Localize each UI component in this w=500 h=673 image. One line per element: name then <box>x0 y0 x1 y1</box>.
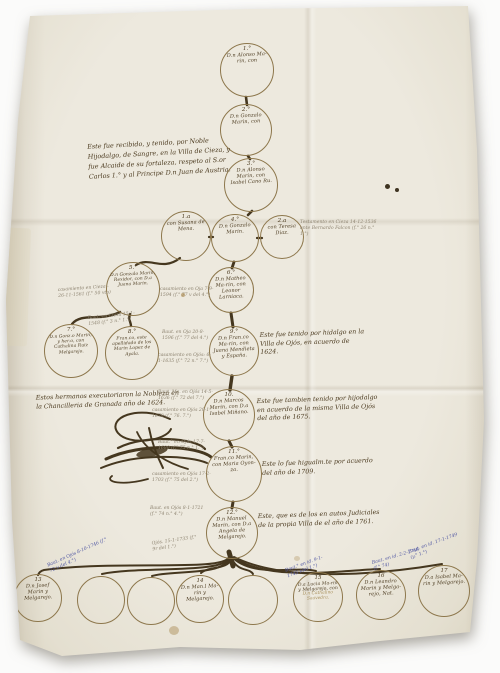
tree-node-13: 13 D.n Josef Marin y Melgarejo. <box>14 574 62 622</box>
node-label: D.n Gonz.o Marin, y her.o, con Cathalina… <box>47 332 94 355</box>
node-label: D.n Alonso Marin, con Isabel Cano Ru. <box>228 166 275 186</box>
tree-node-11: 11.° Fran.co Marin, con Maria Oyon-za. <box>206 446 262 502</box>
node-sublabel: D.n Cathalino Saavedra. <box>297 591 339 603</box>
tree-node-12: 12.° D.n Manuel Marin, con D.a Angela de… <box>206 507 258 559</box>
tree-node-14: 14 D.n Man.l Ma-rin y Melgarejo. <box>176 575 224 623</box>
node-label: D.n Man.l Ma-rin y Melgarejo. <box>180 584 221 604</box>
tree-node-wife-2: 2.a con Teresa Diaz. <box>260 215 304 259</box>
pencil-casamiento-1635: casamiento en Ojós: 6-1-1635 (f.° 72 n.°… <box>158 353 214 365</box>
nobility-paragraph: Este fue recibido, y tenido, por Noble H… <box>87 135 233 182</box>
pencil-testamento-1536: Testamento en Cieza 14-12-1536 ante Bern… <box>300 220 380 238</box>
node-number: 8.° <box>128 330 136 336</box>
ink-dot-2 <box>395 188 399 192</box>
note-acuerdo-1624: Este fue tenido por hidalgo en la Villa … <box>260 328 367 357</box>
node-label: D.a Isabel Ma-rin y Melgarejo. <box>422 573 467 587</box>
note-acuerdo-1675: Este fue tambien tenido por hijodalgo en… <box>257 394 380 424</box>
node-label: Fran.co Marin, con Maria Oyon-za. <box>210 454 259 474</box>
node-label: Fran.co, este apellidado de los Marin Lo… <box>108 334 155 357</box>
paper-sheet: 1.° D.n Alonso Ma-rin, con 2.° D.n Gonza… <box>0 0 500 673</box>
tree-node-empty-1 <box>77 576 125 624</box>
pencil-casamiento-1703: casamiento en Ojós 17-2-1703 (f.° 75 del… <box>152 472 212 484</box>
tree-node-15: 15 D.a Lucia Ma-rin y Melgarejo, con D.n… <box>293 572 343 622</box>
photo-backdrop: 1.° D.n Alonso Ma-rin, con 2.° D.n Gonza… <box>0 0 500 673</box>
node-label: con Susana de Mena. <box>165 220 208 234</box>
node-label: D.n Alonso Ma-rin, con <box>224 51 271 65</box>
node-label: D.n Leandro Marin y Melga-rejo, Nat. <box>360 579 403 599</box>
node-label: D.n Matheo Ma-rin, con Leonor Larniaca. <box>211 276 250 302</box>
tree-node-wife-1: 1.a con Susana de Mena. <box>161 211 211 261</box>
node-number: 7.° <box>67 328 75 334</box>
pencil-baut-1680: Baut.° en Ojós 17-7-1680 (f.° 75 n.° 1.°… <box>158 440 214 452</box>
node-label: D.n Manuel Marin, con D.a Angela de Melg… <box>209 515 254 541</box>
node-label: D.n Fran.co Ma-rin, con Juana Mendieta y… <box>212 335 255 361</box>
ink-dot-1 <box>385 184 390 189</box>
tree-node-17: 17 D.a Isabel Ma-rin y Melgarejo. <box>418 565 470 617</box>
node-number: 15 <box>314 576 321 582</box>
tree-node-4: 4.° D.n Gonzalo Marin. <box>211 214 259 262</box>
pencil-baut-1636: Baut. Ma. en Ojós 14-5-1636 (f.° 72 del … <box>158 390 214 402</box>
pencil-baut-1596: Baut. en Oja 20-8-1596 (f.° 77 del 4.°) <box>162 330 214 342</box>
paper-stain-2 <box>181 293 185 297</box>
pencil-casamiento-1678: casamiento en Ojós 20-1-1678 (f.° 76. 7.… <box>152 408 214 420</box>
pencil-baut-1721: Baut. en Ojós 8-1-1721 (f.° 74 n.° 4.°) <box>150 506 206 518</box>
tree-node-16: 16 D.n Leandro Marin y Melga-rejo, Nat. <box>356 570 406 620</box>
node-label: D.n Gonzalo Marin, Rexidor, con D.a Juan… <box>110 270 157 288</box>
tree-node-5: 5.° D.n Gonzalo Marin, Rexidor, con D.a … <box>106 262 160 316</box>
tree-node-1: 1.° D.n Alonso Ma-rin, con <box>220 43 274 97</box>
node-label: con Teresa Diaz. <box>264 224 301 238</box>
tree-node-empty-3 <box>228 575 278 625</box>
tree-node-7: 7.° D.n Gonz.o Marin, y her.o, con Catha… <box>44 324 98 378</box>
tree-node-empty-2 <box>127 577 175 625</box>
tree-node-8: 8.° Fran.co, este apellidado de los Mari… <box>105 326 159 380</box>
node-label: D.n Gonzalo Marin. <box>215 223 256 237</box>
paper-stain-3 <box>294 556 300 561</box>
node-label: D.n Josef Marin y Melgarejo. <box>18 583 59 603</box>
pencil-casamiento-1594: casamiento en Oja 7-9-1594 (f.° 77 v del… <box>160 287 214 299</box>
paper-stain-1 <box>169 626 179 635</box>
node-number: 5.° <box>129 266 137 272</box>
manuscript-paper: 1.° D.n Alonso Ma-rin, con 2.° D.n Gonza… <box>0 0 500 673</box>
tree-node-9: 9.° D.n Fran.co Ma-rin, con Juana Mendie… <box>209 326 259 376</box>
tree-node-6: 6.° D.n Matheo Ma-rin, con Leonor Larnia… <box>208 267 254 313</box>
node-label: D.n Gonzalo Marin, con <box>224 112 269 126</box>
